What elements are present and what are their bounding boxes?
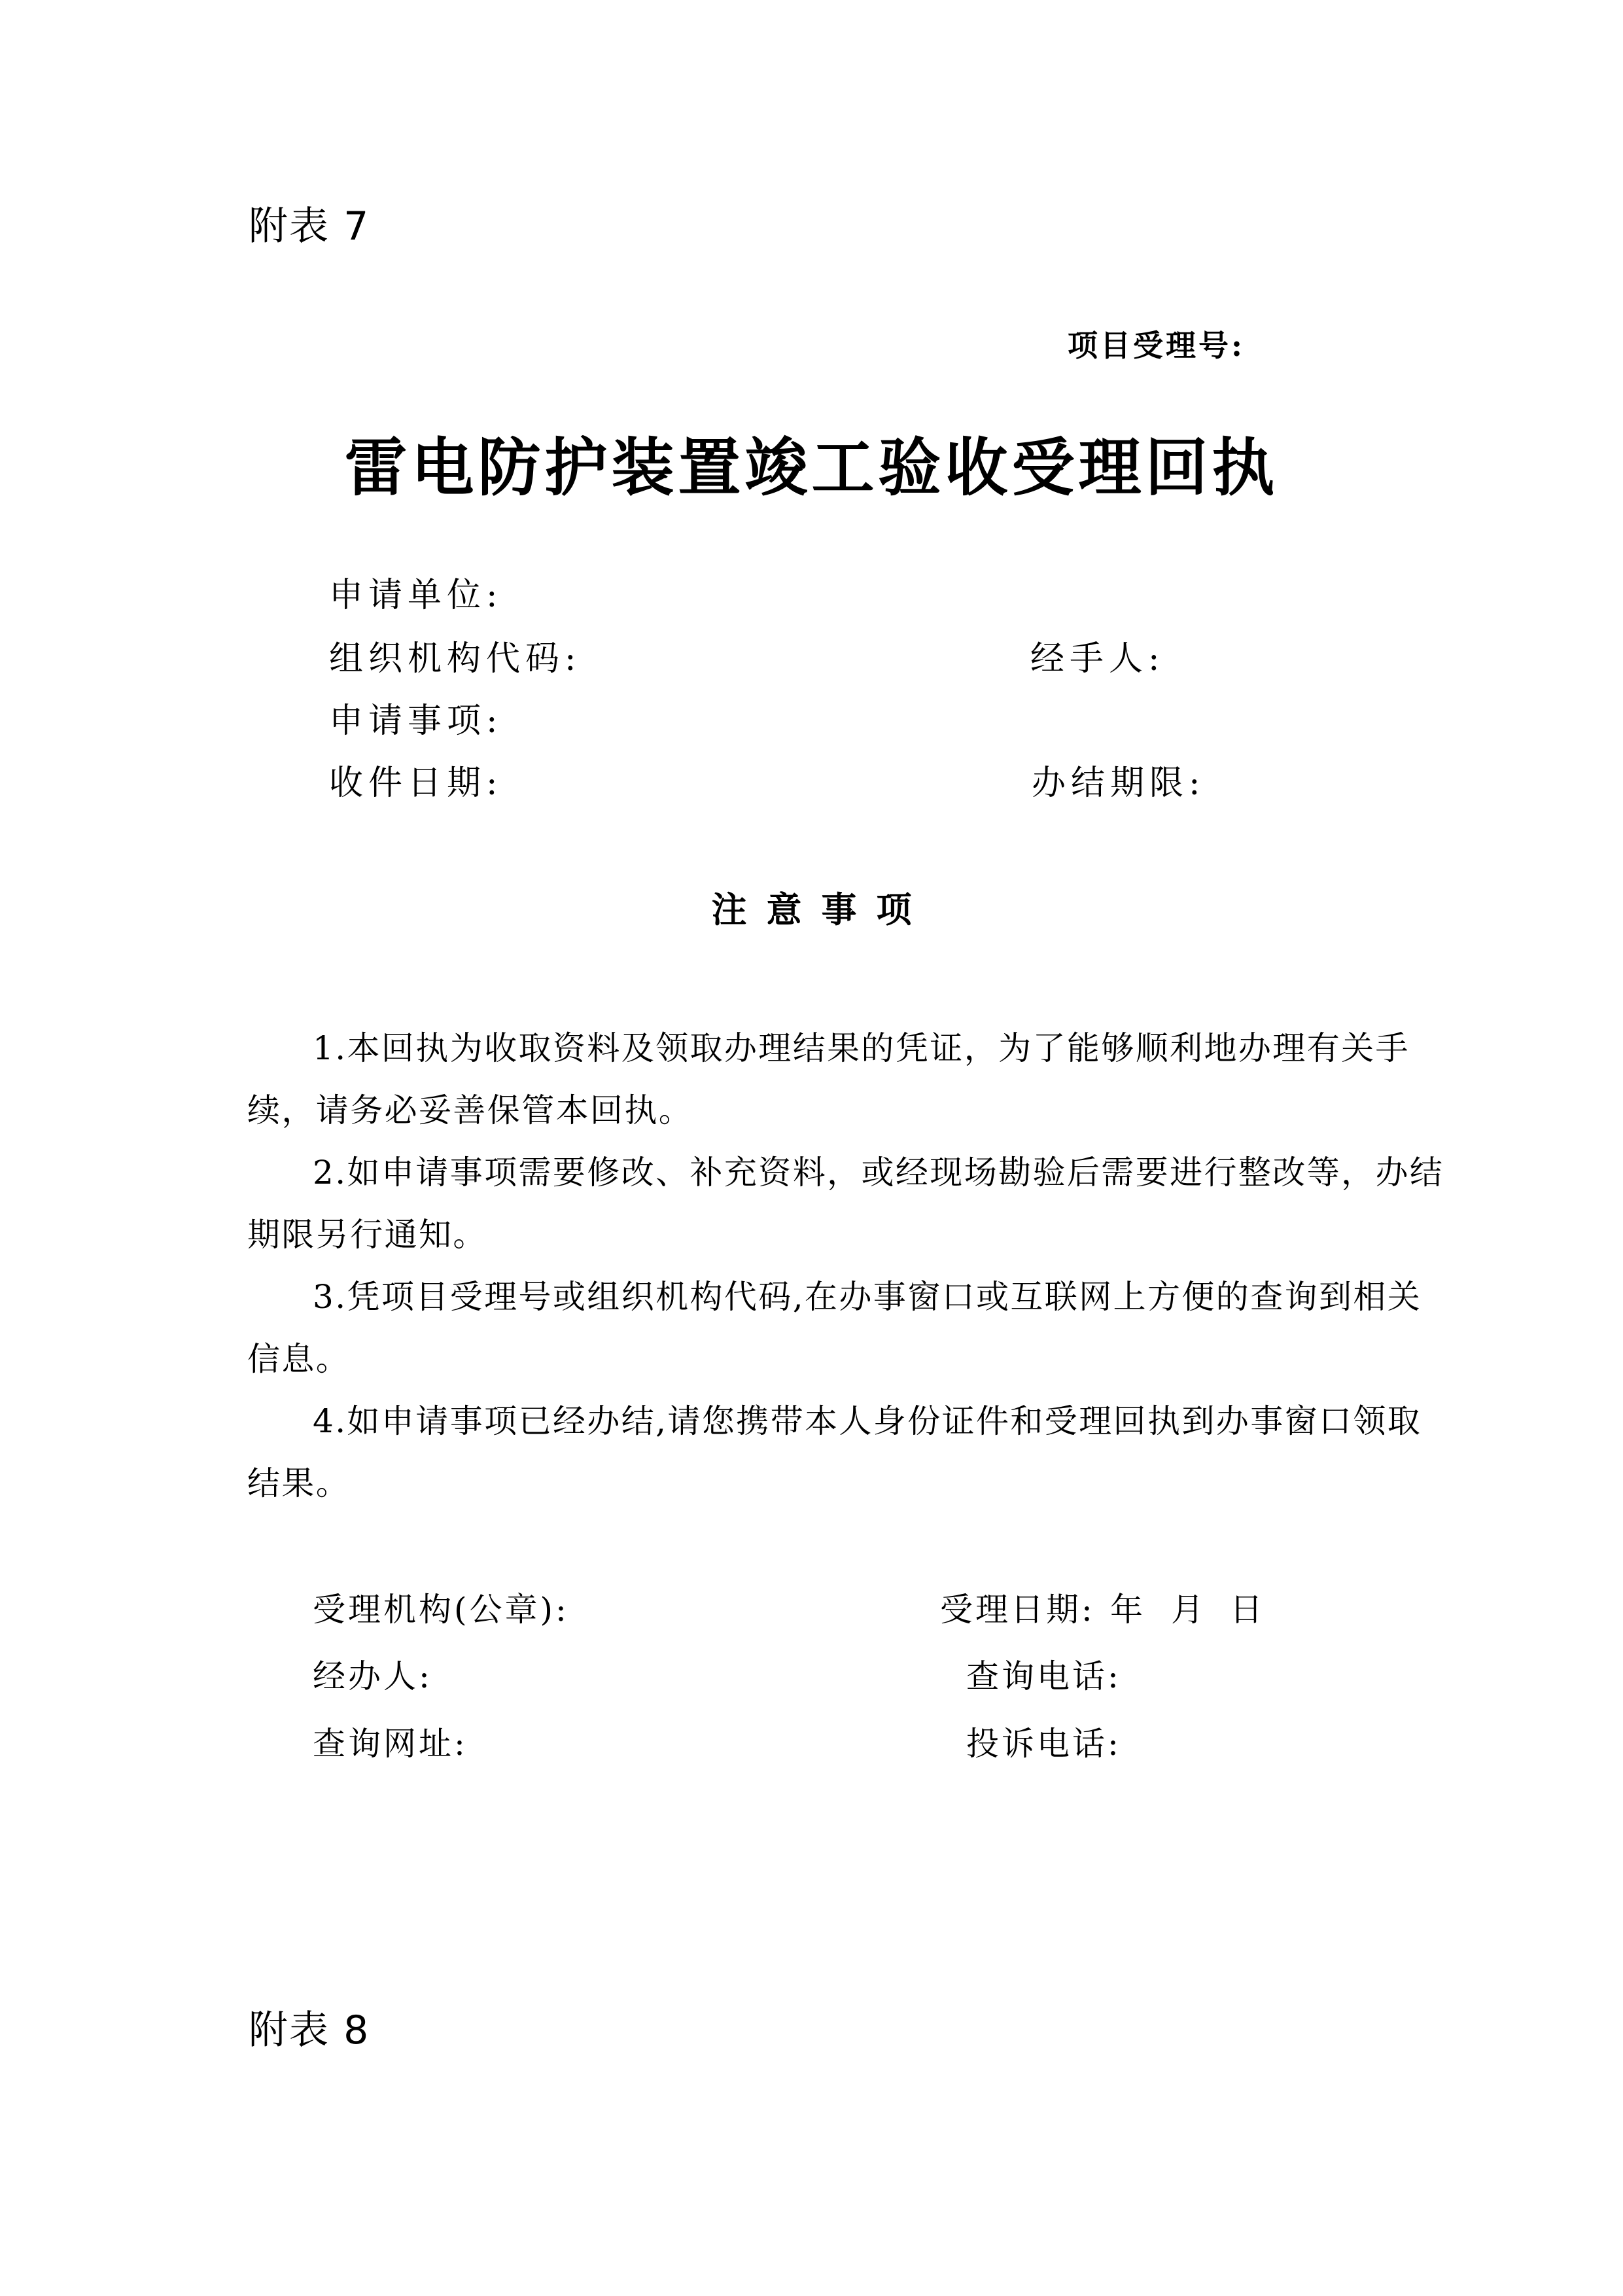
date-year-label: 年 (1110, 1590, 1143, 1629)
project-number-label: 项目受理号: (1068, 329, 1245, 362)
accept-date-label: 受理日期: (940, 1590, 1095, 1629)
date-day-label: 日 (1230, 1590, 1263, 1629)
notice-item-4-line-2: 结果。 (247, 1453, 1379, 1515)
complaint-phone-label: 投诉电话: (966, 1724, 1121, 1763)
receipt-date-label: 收件日期: (329, 764, 503, 803)
inquiry-website-label: 查询网址: (313, 1724, 468, 1763)
notice-item: 2.如申请事项需要修改、补充资料，或经现场勘验后需要进行整改等，办结 期限另行通… (247, 1142, 1379, 1266)
notice-item: 3.凭项目受理号或组织机构代码,在办事窗口或互联网上方便的查询到相关 信息。 (247, 1266, 1379, 1390)
date-month-label: 月 (1171, 1590, 1204, 1629)
notice-item-3-line-2: 信息。 (247, 1328, 1379, 1390)
notice-item-2-line-2: 期限另行通知。 (247, 1204, 1379, 1266)
application-item-label: 申请事项: (329, 701, 503, 741)
notice-item-1-line-2: 续，请务必妥善保管本回执。 (247, 1080, 1379, 1142)
org-code-label: 组织机构代码: (329, 639, 582, 679)
appendix-8-label: 附表 8 (249, 2011, 370, 2050)
completion-deadline-label: 办结期限: (1032, 764, 1206, 803)
notice-item-1-line-1: 1.本回执为收取资料及领取办理结果的凭证，为了能够顺利地办理有关手 (247, 1017, 1379, 1080)
notice-heading: 注意事项 (0, 889, 1623, 930)
notice-item-2-line-1: 2.如申请事项需要修改、补充资料，或经现场勘验后需要进行整改等，办结 (247, 1142, 1379, 1204)
notice-item: 1.本回执为收取资料及领取办理结果的凭证，为了能够顺利地办理有关手 续，请务必妥… (247, 1017, 1379, 1142)
document-title: 雷电防护装置竣工验收受理回执 (0, 432, 1623, 504)
applicant-unit-label: 申请单位: (329, 576, 503, 615)
operator-label: 经办人: (313, 1657, 432, 1696)
agency-seal-label: 受理机构(公章): (313, 1590, 569, 1629)
handler-label: 经手人: (1030, 639, 1165, 679)
appendix-7-label: 附表 7 (249, 207, 370, 246)
notice-item-4-line-1: 4.如申请事项已经办结,请您携带本人身份证件和受理回执到办事窗口领取 (247, 1390, 1379, 1453)
notice-list: 1.本回执为收取资料及领取办理结果的凭证，为了能够顺利地办理有关手 续，请务必妥… (247, 1017, 1379, 1515)
notice-item-3-line-1: 3.凭项目受理号或组织机构代码,在办事窗口或互联网上方便的查询到相关 (247, 1266, 1379, 1328)
inquiry-phone-label: 查询电话: (966, 1657, 1121, 1696)
notice-item: 4.如申请事项已经办结,请您携带本人身份证件和受理回执到办事窗口领取 结果。 (247, 1390, 1379, 1515)
